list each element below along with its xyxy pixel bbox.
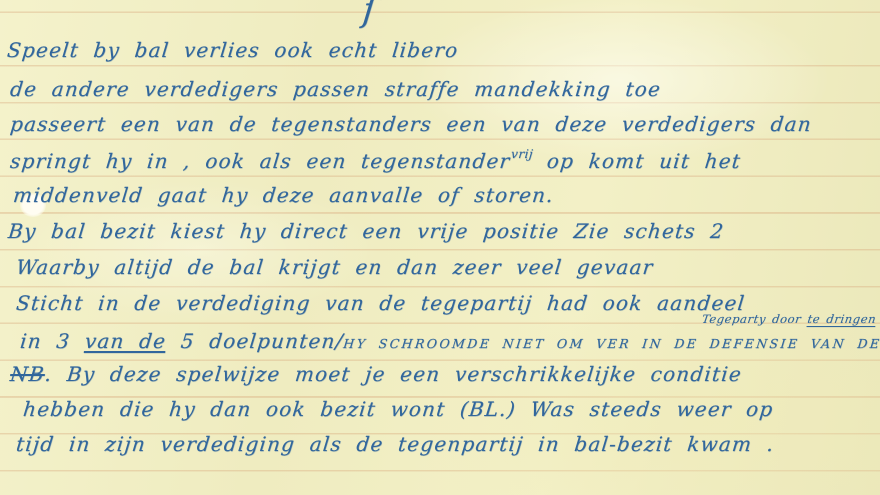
line-10-text: . By deze spelwijze moet je een verschri…	[44, 362, 744, 386]
handwritten-line-10: NB. By deze spelwijze moet je een versch…	[9, 362, 743, 386]
marginal-annotation-underlined: te dringen	[807, 312, 878, 326]
handwritten-line-8: Sticht in de verdediging van de tegepart…	[15, 291, 747, 315]
handwritten-line-4: springt hy in , ook als een tegenstander…	[9, 147, 743, 173]
handwritten-line-5: middenveld gaat hy deze aanvalle of stor…	[12, 183, 555, 207]
marginal-annotation: Tegeparty door te dringen	[701, 312, 877, 326]
line-9-text: in 3	[19, 329, 86, 353]
handwritten-line-6: By bal bezit kiest hy direct een vrije p…	[7, 219, 726, 243]
handwritten-line-2: de andere verdedigers passen straffe man…	[9, 77, 662, 101]
handwritten-line-3: passeert een van de tegenstanders een va…	[9, 112, 813, 136]
handwritten-line-12: tijd in zijn verdediging als de tegenpar…	[15, 432, 776, 456]
line-4-inserted-word: vrij	[510, 147, 534, 161]
line-9-capitals-text: HY SCHROOMDE NIET OM VER IN DE DEFENSIE …	[343, 336, 880, 351]
line-9-underlined-words: van de	[84, 329, 168, 353]
handwritten-note-page: ſ Speelt by bal verlies ook echt libero …	[0, 0, 880, 495]
line-10-struck-word: NB	[9, 362, 46, 386]
line-4-text-continued: op komt uit het	[531, 149, 742, 173]
pen-stroke-mark: ſ	[361, 0, 378, 30]
handwritten-line-7: Waarby altijd de bal krijgt en dan zeer …	[15, 255, 655, 279]
line-9-text-continued: 5 doelpunten/	[165, 329, 345, 353]
handwritten-line-9: in 3 van de 5 doelpunten/HY SCHROOMDE NI…	[19, 329, 880, 353]
handwritten-line-11: hebben die hy dan ook bezit wont (BL.) W…	[22, 397, 775, 421]
marginal-annotation-text: Tegeparty door	[701, 312, 809, 326]
handwritten-line-1: Speelt by bal verlies ook echt libero	[6, 38, 460, 62]
line-4-text: springt hy in , ook als een tegenstander	[9, 149, 512, 173]
